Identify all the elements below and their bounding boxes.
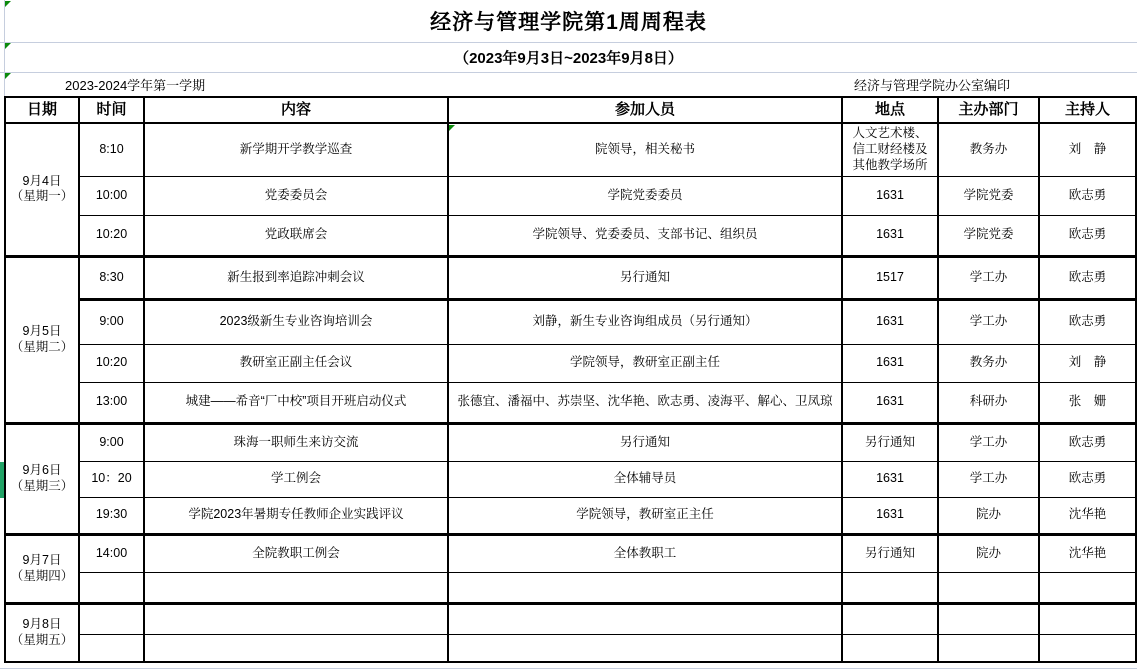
cell-content[interactable]: 教研室正副主任会议 [144, 344, 448, 382]
cell-participants[interactable]: 张德宜、潘福中、苏崇坚、沈华艳、欧志勇、凌海平、解心、卫凤琼 [448, 382, 842, 423]
cell-participants[interactable]: 全体教职工 [448, 534, 842, 572]
cell-content[interactable]: 全院教职工例会 [144, 534, 448, 572]
cell-participants[interactable]: 学院领导，教研室正主任 [448, 497, 842, 534]
cell-date[interactable]: 9月5日 （星期二） [5, 256, 79, 423]
table-header-row: 日期 时间 内容 参加人员 地点 主办部门 主持人 [5, 97, 1136, 123]
cell-participants[interactable]: 刘静，新生专业咨询组成员（另行通知） [448, 299, 842, 344]
cell-host[interactable]: 欧志勇 [1039, 256, 1136, 299]
cell-content[interactable] [144, 572, 448, 603]
col-header-date[interactable]: 日期 [5, 97, 79, 123]
cell-time[interactable] [79, 603, 144, 634]
cell-department[interactable]: 学工办 [938, 423, 1039, 461]
cell-host[interactable]: 欧志勇 [1039, 423, 1136, 461]
cell-time[interactable]: 8:10 [79, 123, 144, 176]
cell-host[interactable]: 刘 静 [1039, 123, 1136, 176]
cell-time[interactable] [79, 634, 144, 662]
cell-content[interactable]: 2023级新生专业咨询培训会 [144, 299, 448, 344]
cell-host[interactable]: 欧志勇 [1039, 176, 1136, 215]
cell-participants[interactable]: 院领导，相关秘书 [448, 123, 842, 176]
table-row: 9月8日 （星期五） [5, 603, 1136, 634]
cell-participants[interactable]: 全体辅导员 [448, 461, 842, 497]
cell-participants[interactable] [448, 572, 842, 603]
cell-content[interactable] [144, 634, 448, 662]
cell-location[interactable] [842, 634, 938, 662]
page-title: 经济与管理学院第1周周程表 [0, 0, 1137, 42]
table-row: 10:00 党委委员会 学院党委委员 1631 学院党委 欧志勇 [5, 176, 1136, 215]
cell-time[interactable] [79, 572, 144, 603]
cell-host[interactable]: 沈华艳 [1039, 534, 1136, 572]
cell-time[interactable]: 9:00 [79, 299, 144, 344]
cell-department[interactable]: 教务办 [938, 344, 1039, 382]
cell-location[interactable]: 1517 [842, 256, 938, 299]
cell-department[interactable] [938, 603, 1039, 634]
cell-participants[interactable]: 学院党委委员 [448, 176, 842, 215]
cell-content[interactable]: 新学期开学教学巡查 [144, 123, 448, 176]
cell-location[interactable]: 1631 [842, 215, 938, 256]
cell-department[interactable] [938, 572, 1039, 603]
cell-location[interactable]: 人文艺术楼、 信工财经楼及 其他教学场所 [842, 123, 938, 176]
cell-content[interactable]: 城建——希音“厂中校”项目开班启动仪式 [144, 382, 448, 423]
cell-location[interactable] [842, 572, 938, 603]
cell-content[interactable]: 学工例会 [144, 461, 448, 497]
col-header-content[interactable]: 内容 [144, 97, 448, 123]
cell-department[interactable]: 学院党委 [938, 176, 1039, 215]
col-header-department[interactable]: 主办部门 [938, 97, 1039, 123]
cell-host[interactable] [1039, 634, 1136, 662]
cell-content[interactable]: 新生报到率追踪冲刺会议 [144, 256, 448, 299]
table-row: 13:00 城建——希音“厂中校”项目开班启动仪式 张德宜、潘福中、苏崇坚、沈华… [5, 382, 1136, 423]
publisher-label: 经济与管理学院办公室编印 [854, 75, 1135, 94]
cell-department[interactable]: 院办 [938, 497, 1039, 534]
table-row: 9月5日 （星期二） 8:30 新生报到率追踪冲刺会议 另行通知 1517 学工… [5, 256, 1136, 299]
table-row: 10：20 学工例会 全体辅导员 1631 学工办 欧志勇 [5, 461, 1136, 497]
cell-participants[interactable] [448, 603, 842, 634]
cell-host[interactable] [1039, 572, 1136, 603]
table-row [5, 634, 1136, 662]
col-header-time[interactable]: 时间 [79, 97, 144, 123]
cell-content[interactable]: 党委委员会 [144, 176, 448, 215]
cell-host[interactable]: 欧志勇 [1039, 299, 1136, 344]
cell-department[interactable]: 学工办 [938, 299, 1039, 344]
cell-date[interactable]: 9月4日 （星期一） [5, 123, 79, 256]
col-header-host[interactable]: 主持人 [1039, 97, 1136, 123]
cell-participants[interactable]: 另行通知 [448, 256, 842, 299]
cell-time[interactable]: 10:00 [79, 176, 144, 215]
cell-time[interactable]: 19:30 [79, 497, 144, 534]
cell-department[interactable] [938, 634, 1039, 662]
cell-marker-icon [5, 73, 11, 79]
table-row: 19:30 学院2023年暑期专任教师企业实践评议 学院领导，教研室正主任 16… [5, 497, 1136, 534]
cell-time[interactable]: 10:20 [79, 215, 144, 256]
cell-host[interactable]: 欧志勇 [1039, 461, 1136, 497]
table-row: 9月4日 （星期一） 8:10 新学期开学教学巡查 院领导，相关秘书 人文艺术楼… [5, 123, 1136, 176]
cell-marker-icon [5, 1, 11, 7]
cell-host[interactable]: 张 姗 [1039, 382, 1136, 423]
cell-location[interactable]: 1631 [842, 461, 938, 497]
cell-host[interactable]: 沈华艳 [1039, 497, 1136, 534]
cell-time[interactable]: 13:00 [79, 382, 144, 423]
semester-label: 2023-2024学年第一学期 [4, 75, 205, 94]
cell-host[interactable]: 欧志勇 [1039, 215, 1136, 256]
cell-department[interactable]: 学工办 [938, 461, 1039, 497]
cell-time[interactable]: 10：20 [79, 461, 144, 497]
col-header-participants[interactable]: 参加人员 [448, 97, 842, 123]
date-range-subtitle: （2023年9月3日~2023年9月8日） [0, 42, 1137, 72]
cell-department[interactable]: 科研办 [938, 382, 1039, 423]
cell-department[interactable]: 学工办 [938, 256, 1039, 299]
cell-location[interactable]: 1631 [842, 299, 938, 344]
cell-participants[interactable] [448, 634, 842, 662]
table-row: 9:00 2023级新生专业咨询培训会 刘静，新生专业咨询组成员（另行通知） 1… [5, 299, 1136, 344]
cell-date[interactable]: 9月7日 （星期四） [5, 534, 79, 603]
schedule-table: 日期 时间 内容 参加人员 地点 主办部门 主持人 9月4日 （星期一） 8:1… [4, 96, 1137, 663]
cell-department[interactable]: 学院党委 [938, 215, 1039, 256]
table-row: 10:20 党政联席会 学院领导、党委委员、支部书记、组织员 1631 学院党委… [5, 215, 1136, 256]
cell-department[interactable]: 教务办 [938, 123, 1039, 176]
cell-host[interactable] [1039, 603, 1136, 634]
cell-location[interactable] [842, 603, 938, 634]
cell-content[interactable]: 学院2023年暑期专任教师企业实践评议 [144, 497, 448, 534]
gridline [0, 668, 1137, 669]
cell-location[interactable]: 1631 [842, 497, 938, 534]
table-row: 9月7日 （星期四） 14:00 全院教职工例会 全体教职工 另行通知 院办 沈… [5, 534, 1136, 572]
cell-content[interactable] [144, 603, 448, 634]
cell-time[interactable]: 9:00 [79, 423, 144, 461]
cell-location[interactable]: 另行通知 [842, 423, 938, 461]
cell-department[interactable]: 院办 [938, 534, 1039, 572]
spreadsheet-view: 经济与管理学院第1周周程表 （2023年9月3日~2023年9月8日） 2023… [0, 0, 1137, 672]
table-row: 9月6日 （星期三） 9:00 珠海一职师生来访交流 另行通知 另行通知 学工办… [5, 423, 1136, 461]
col-header-location[interactable]: 地点 [842, 97, 938, 123]
cell-date[interactable]: 9月8日 （星期五） [5, 603, 79, 662]
cell-host[interactable]: 刘 静 [1039, 344, 1136, 382]
cell-content[interactable]: 党政联席会 [144, 215, 448, 256]
cell-participants[interactable]: 学院领导、党委委员、支部书记、组织员 [448, 215, 842, 256]
cell-content[interactable]: 珠海一职师生来访交流 [144, 423, 448, 461]
info-row: 2023-2024学年第一学期 经济与管理学院办公室编印 [4, 72, 1135, 96]
table-row: 10:20 教研室正副主任会议 学院领导，教研室正副主任 1631 教务办 刘 … [5, 344, 1136, 382]
cell-participants[interactable]: 另行通知 [448, 423, 842, 461]
cell-location[interactable]: 1631 [842, 382, 938, 423]
cell-time[interactable]: 8:30 [79, 256, 144, 299]
cell-location[interactable]: 另行通知 [842, 534, 938, 572]
cell-participants[interactable]: 学院领导，教研室正副主任 [448, 344, 842, 382]
cell-location[interactable]: 1631 [842, 344, 938, 382]
cell-time[interactable]: 10:20 [79, 344, 144, 382]
cell-marker-icon [5, 43, 11, 49]
cell-location[interactable]: 1631 [842, 176, 938, 215]
cell-time[interactable]: 14:00 [79, 534, 144, 572]
cell-date[interactable]: 9月6日 （星期三） [5, 423, 79, 534]
table-row [5, 572, 1136, 603]
